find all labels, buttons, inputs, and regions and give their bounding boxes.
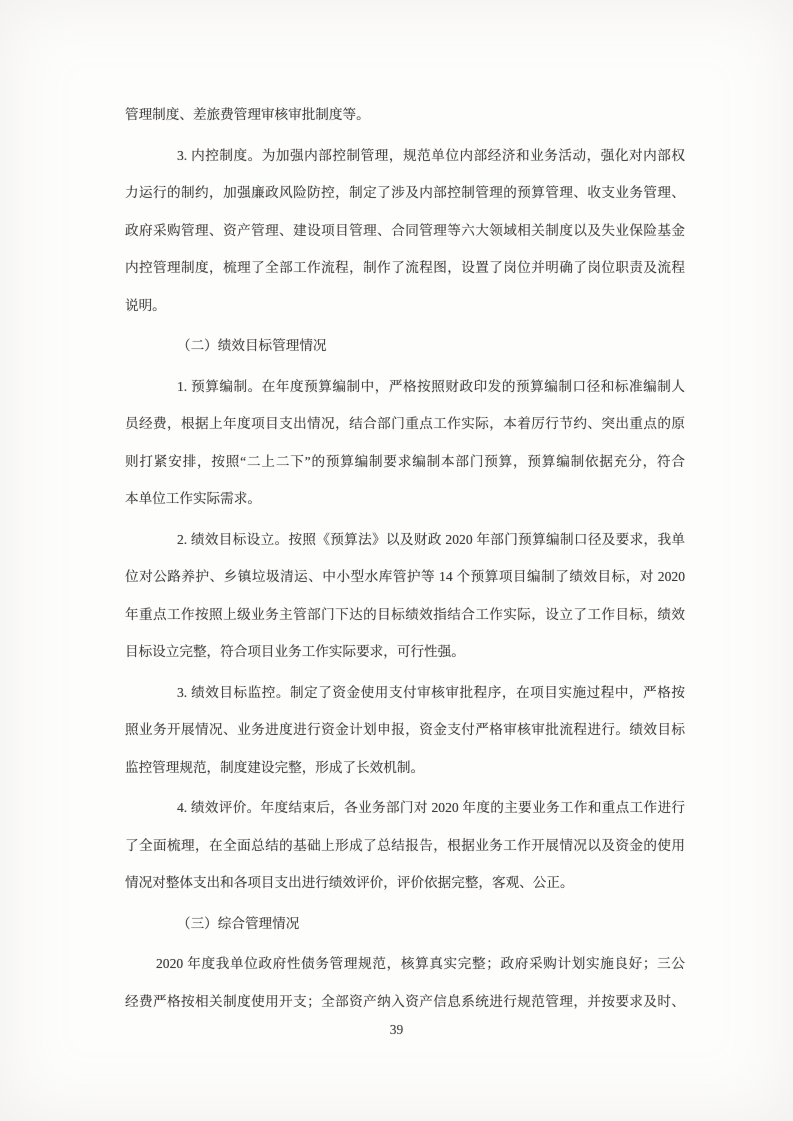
document-body: 管理制度、差旅费管理审核审批制度等。3. 内控制度。为加强内部控制管理，规范单位… [125, 96, 685, 1020]
text-line: 情况对整体支出和各项目支出进行绩效评价，评价依据完整，客观、公正。 [125, 864, 685, 902]
text-line: 2. 绩效目标设立。按照《预算法》以及财政 2020 年部门预算编制口径及要求，… [125, 521, 685, 559]
text-line: 了全面梳理，在全面总结的基础上形成了总结报告，根据业务工作开展情况以及资金的使用 [125, 827, 685, 865]
text-line: 则打紧安排，按照“二上二下”的预算编制要求编制本部门预算，预算编制依据充分，符合 [125, 443, 685, 481]
text-line: 监控管理规范，制度建设完整，形成了长效机制。 [125, 749, 685, 787]
text-line: 本单位工作实际需求。 [125, 480, 685, 518]
text-line: 目标设立完整，符合项目业务工作实际要求，可行性强。 [125, 633, 685, 671]
text-line: 政府采购管理、资产管理、建设项目管理、合同管理等六大领域相关制度以及失业保险基金 [125, 212, 685, 250]
text-line: 位对公路养护、乡镇垃圾清运、中小型水库管护等 14 个预算项目编制了绩效目标，对… [125, 558, 685, 596]
text-line: 员经费，根据上年度项目支出情况，结合部门重点工作实际，本着厉行节约、突出重点的原 [125, 405, 685, 443]
text-line: （二）绩效目标管理情况 [125, 327, 685, 365]
text-line: 经费严格按相关制度使用开支；全部资产纳入资产信息系统进行规范管理，并按要求及时、 [125, 983, 685, 1021]
text-line: 3. 内控制度。为加强内部控制管理，规范单位内部经济和业务活动，强化对内部权 [125, 137, 685, 175]
text-line: 3. 绩效目标监控。制定了资金使用支付审核审批程序，在项目实施过程中，严格按 [125, 674, 685, 712]
page-number: 39 [0, 1022, 793, 1038]
text-line: 照业务开展情况、业务进度进行资金计划申报，资金支付严格审核审批流程进行。绩效目标 [125, 711, 685, 749]
text-line: 管理制度、差旅费管理审核审批制度等。 [125, 96, 685, 134]
text-line: 力运行的制约，加强廉政风险防控，制定了涉及内部控制管理的预算管理、收支业务管理、 [125, 174, 685, 212]
text-line: 1. 预算编制。在年度预算编制中，严格按照财政印发的预算编制口径和标准编制人 [125, 368, 685, 406]
text-line: 2020 年度我单位政府性债务管理规范，核算真实完整；政府采购计划实施良好；三公 [125, 945, 685, 983]
text-line: 说明。 [125, 287, 685, 325]
text-line: 年重点工作按照上级业务主管部门下达的目标绩效指结合工作实际，设立了工作目标，绩效 [125, 596, 685, 634]
text-line: 4. 绩效评价。年度结束后，各业务部门对 2020 年度的主要业务工作和重点工作… [125, 789, 685, 827]
text-line: （三）综合管理情况 [125, 905, 685, 943]
document-page: 管理制度、差旅费管理审核审批制度等。3. 内控制度。为加强内部控制管理，规范单位… [0, 0, 793, 1121]
text-line: 内控管理制度，梳理了全部工作流程，制作了流程图，设置了岗位并明确了岗位职责及流程 [125, 249, 685, 287]
